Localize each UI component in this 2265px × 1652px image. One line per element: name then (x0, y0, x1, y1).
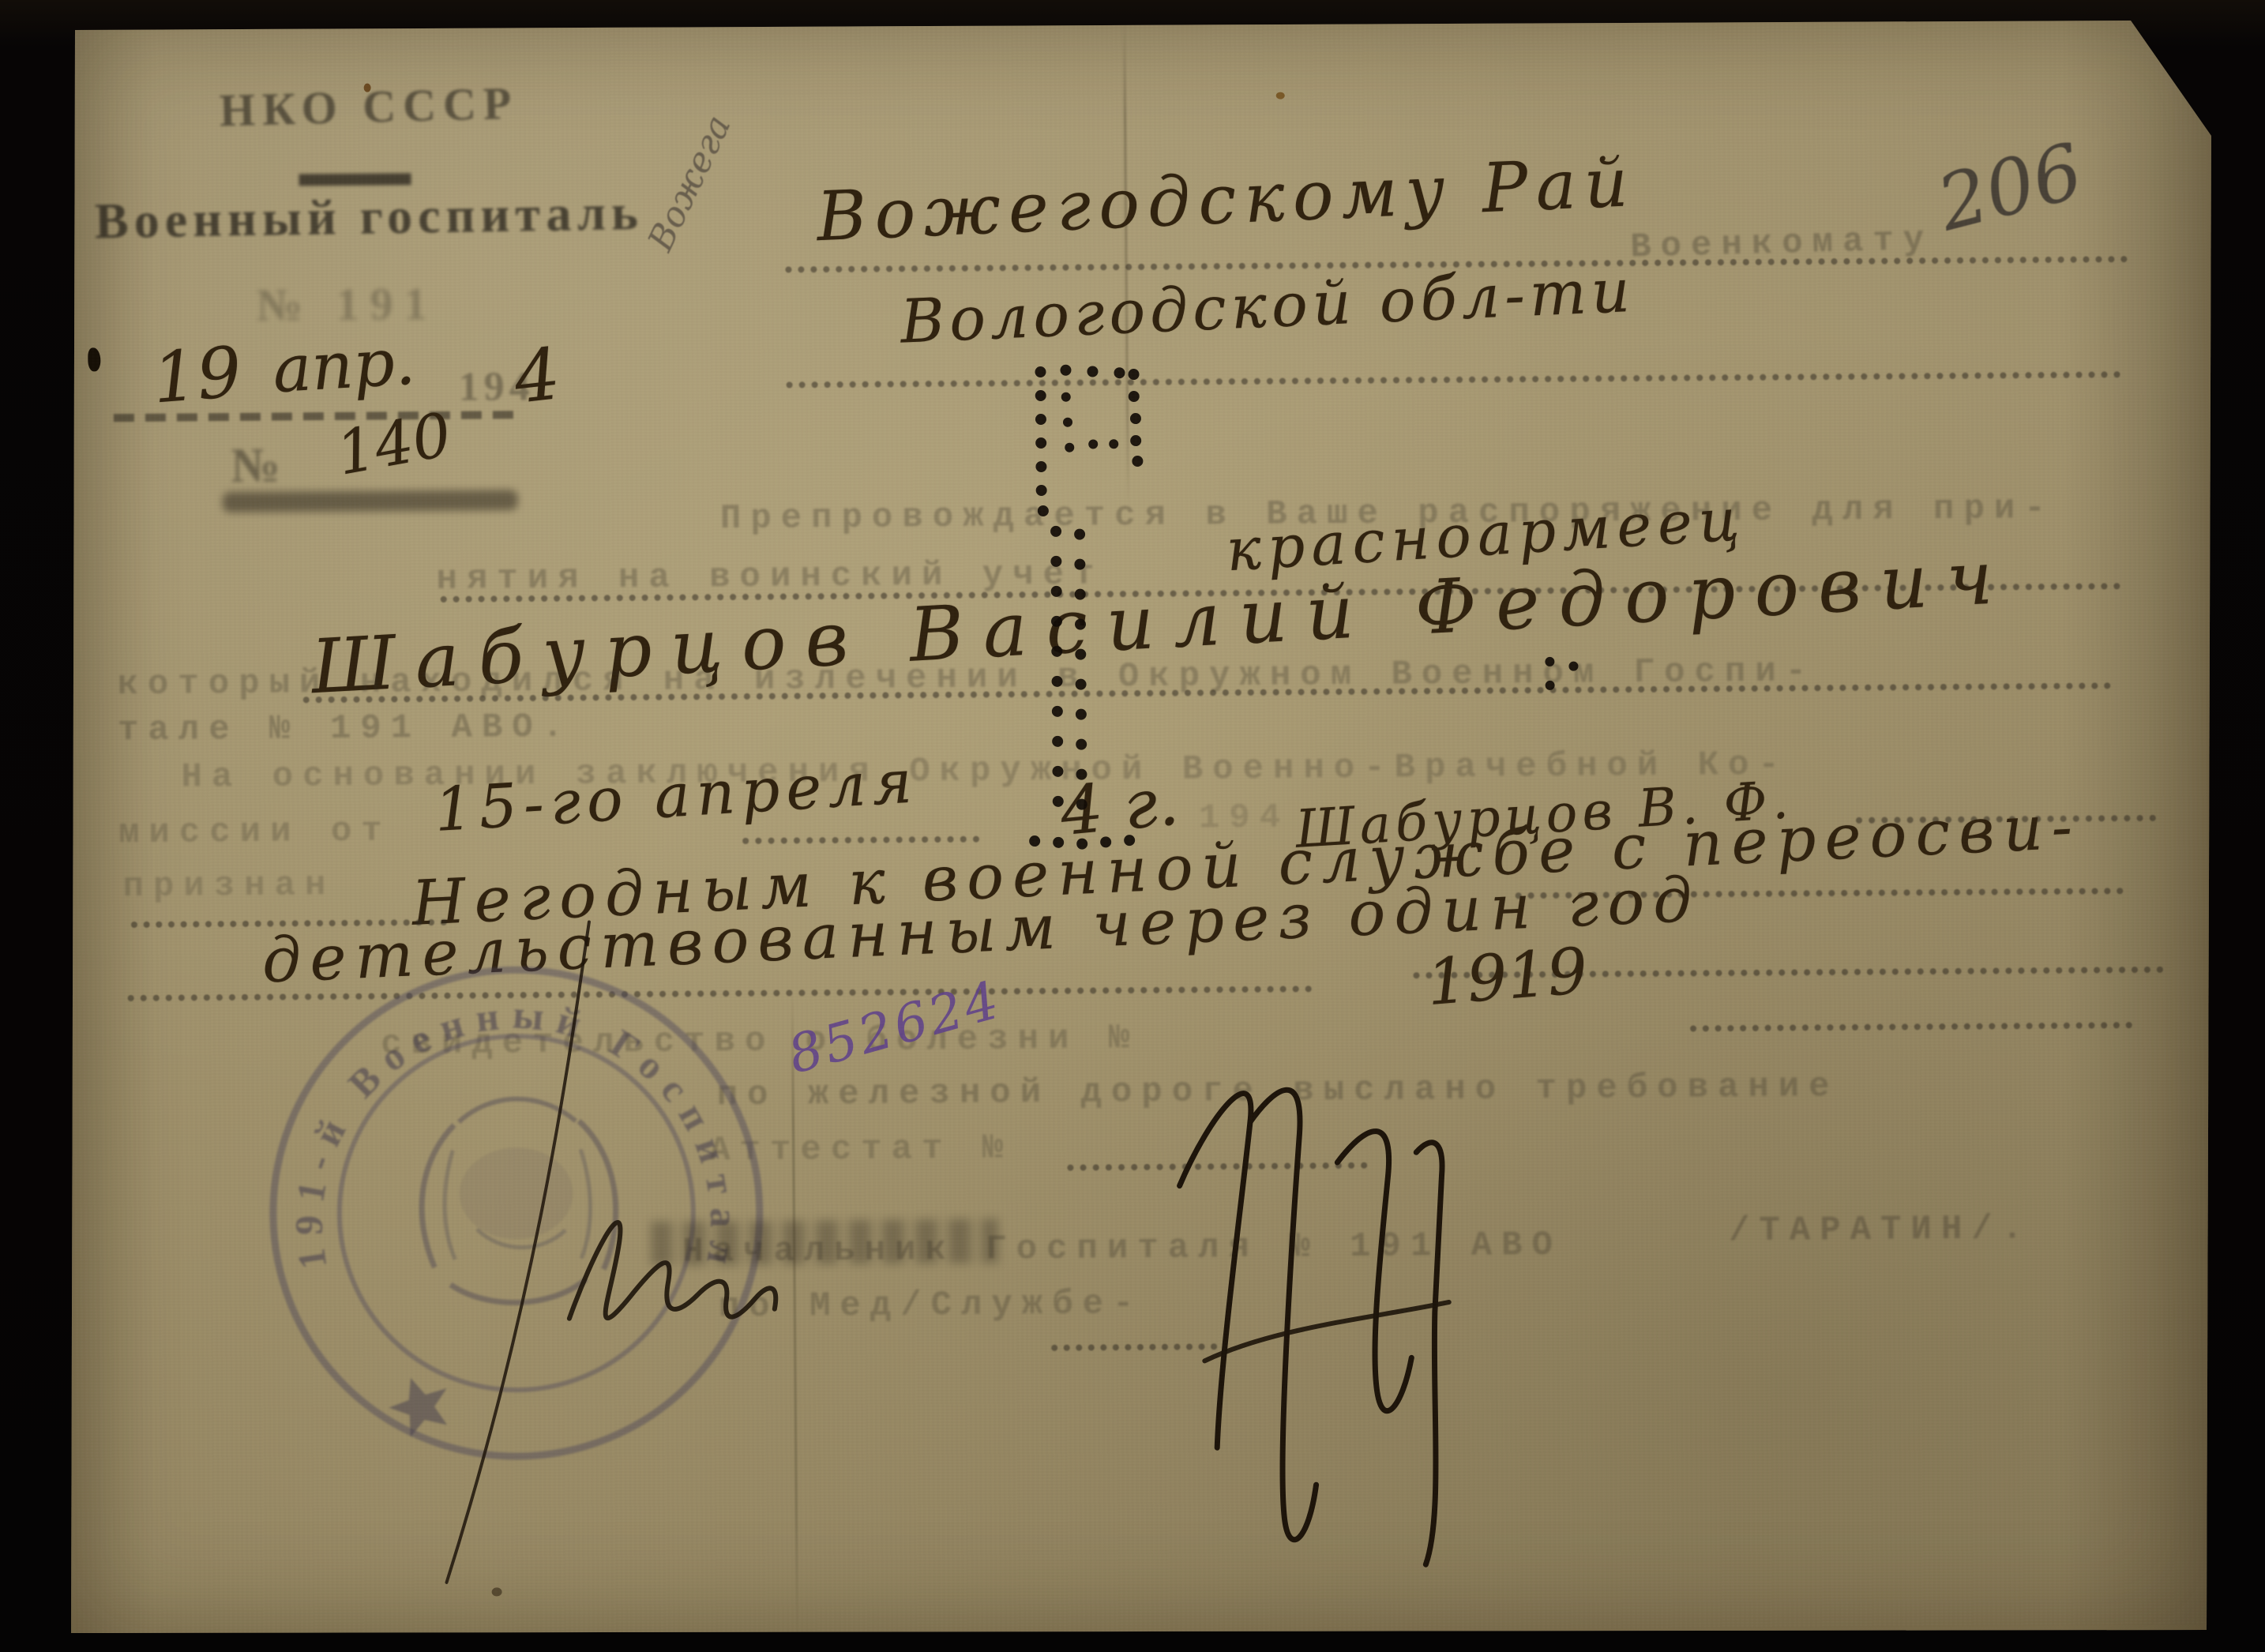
overlay-marks (63, 9, 2218, 1641)
signature-over-stamp (569, 1221, 776, 1318)
document-paper: НКО СССР Военный госпиталь № 191 Вожега … (69, 17, 2211, 1633)
signature-main-3 (1337, 1131, 1412, 1411)
pen-signatures (441, 915, 1452, 1583)
signature-main-4 (1416, 1143, 1445, 1565)
pen-stroke-through-stamp (441, 922, 595, 1582)
signature-main-1 (1179, 1094, 1254, 1448)
signature-main-2 (1250, 1090, 1317, 1540)
signature-main-cross (1204, 1302, 1450, 1361)
punch-holes (1025, 361, 1579, 850)
document-content: НКО СССР Военный госпиталь № 191 Вожега … (63, 9, 2218, 1641)
photo-backdrop: НКО СССР Военный госпиталь № 191 Вожега … (0, 0, 2265, 1652)
